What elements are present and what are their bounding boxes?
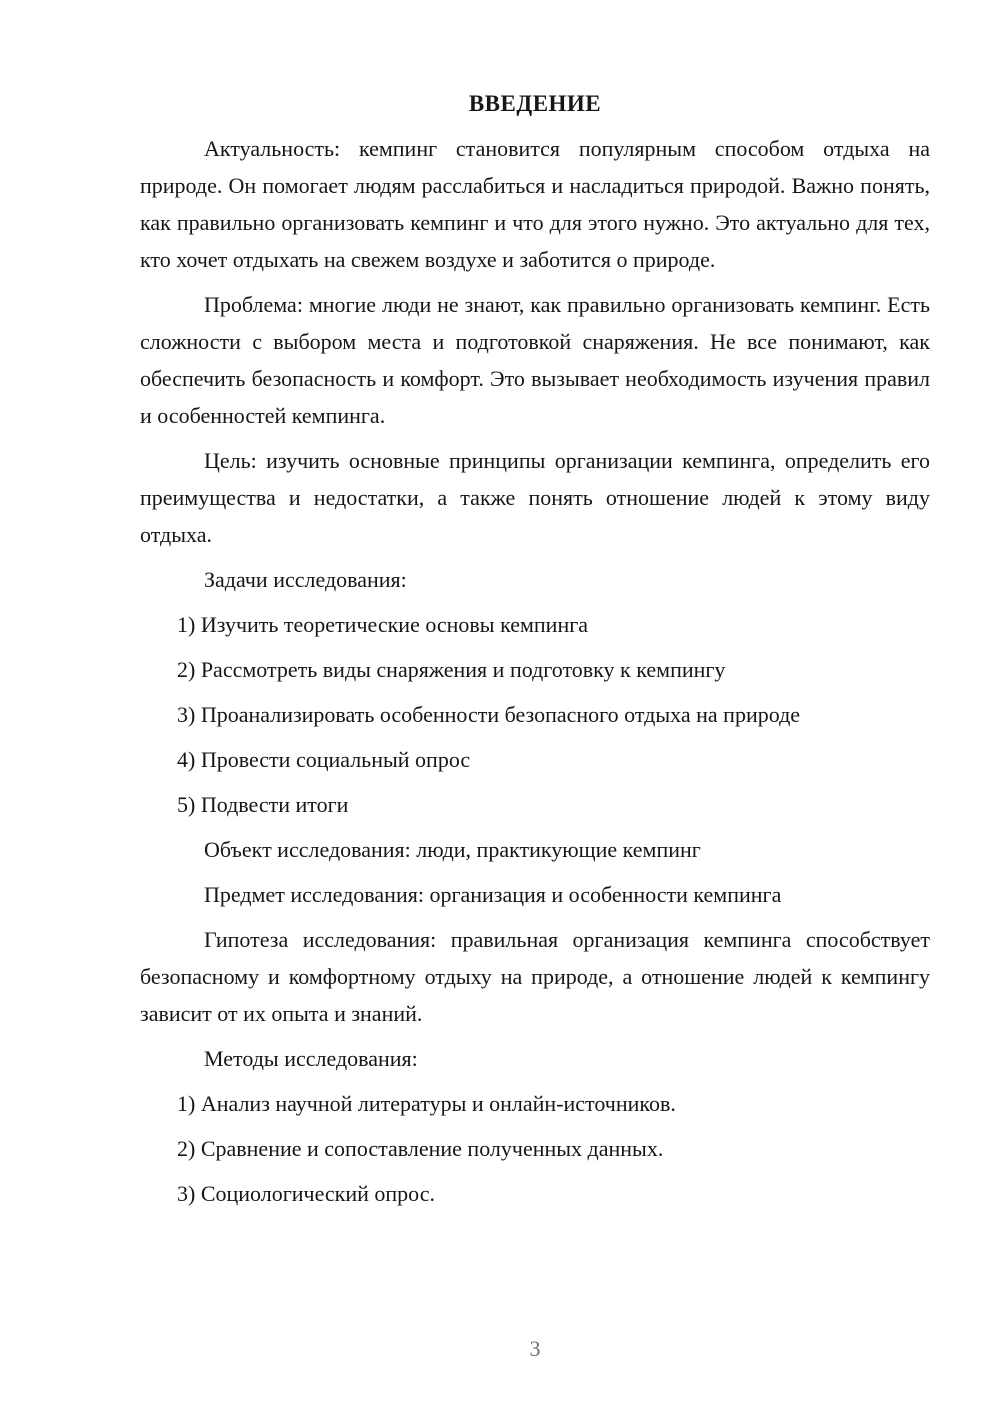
paragraph-actuality: Актуальность: кемпинг становится популяр… <box>140 130 930 278</box>
method-item-1: 1) Анализ научной литературы и онлайн-ис… <box>140 1085 930 1122</box>
task-item-4: 4) Провести социальный опрос <box>140 741 930 778</box>
task-item-1: 1) Изучить теоретические основы кемпинга <box>140 606 930 643</box>
paragraph-problem: Проблема: многие люди не знают, как прав… <box>140 286 930 434</box>
subject-line: Предмет исследования: организация и особ… <box>140 876 930 913</box>
section-heading: ВВЕДЕНИЕ <box>140 85 930 122</box>
object-line: Объект исследования: люди, практикующие … <box>140 831 930 868</box>
document-page: ВВЕДЕНИЕ Актуальность: кемпинг становитс… <box>0 0 1000 1414</box>
hypothesis-paragraph: Гипотеза исследования: правильная органи… <box>140 921 930 1032</box>
method-item-3: 3) Социологический опрос. <box>140 1175 930 1212</box>
tasks-label: Задачи исследования: <box>140 561 930 598</box>
task-item-5: 5) Подвести итоги <box>140 786 930 823</box>
task-item-2: 2) Рассмотреть виды снаряжения и подгото… <box>140 651 930 688</box>
method-item-2: 2) Сравнение и сопоставление полученных … <box>140 1130 930 1167</box>
tasks-list: 1) Изучить теоретические основы кемпинга… <box>140 606 930 823</box>
page-number: 3 <box>140 1336 930 1362</box>
task-item-3: 3) Проанализировать особенности безопасн… <box>140 696 930 733</box>
methods-label: Методы исследования: <box>140 1040 930 1077</box>
methods-list: 1) Анализ научной литературы и онлайн-ис… <box>140 1085 930 1212</box>
paragraph-goal: Цель: изучить основные принципы организа… <box>140 442 930 553</box>
